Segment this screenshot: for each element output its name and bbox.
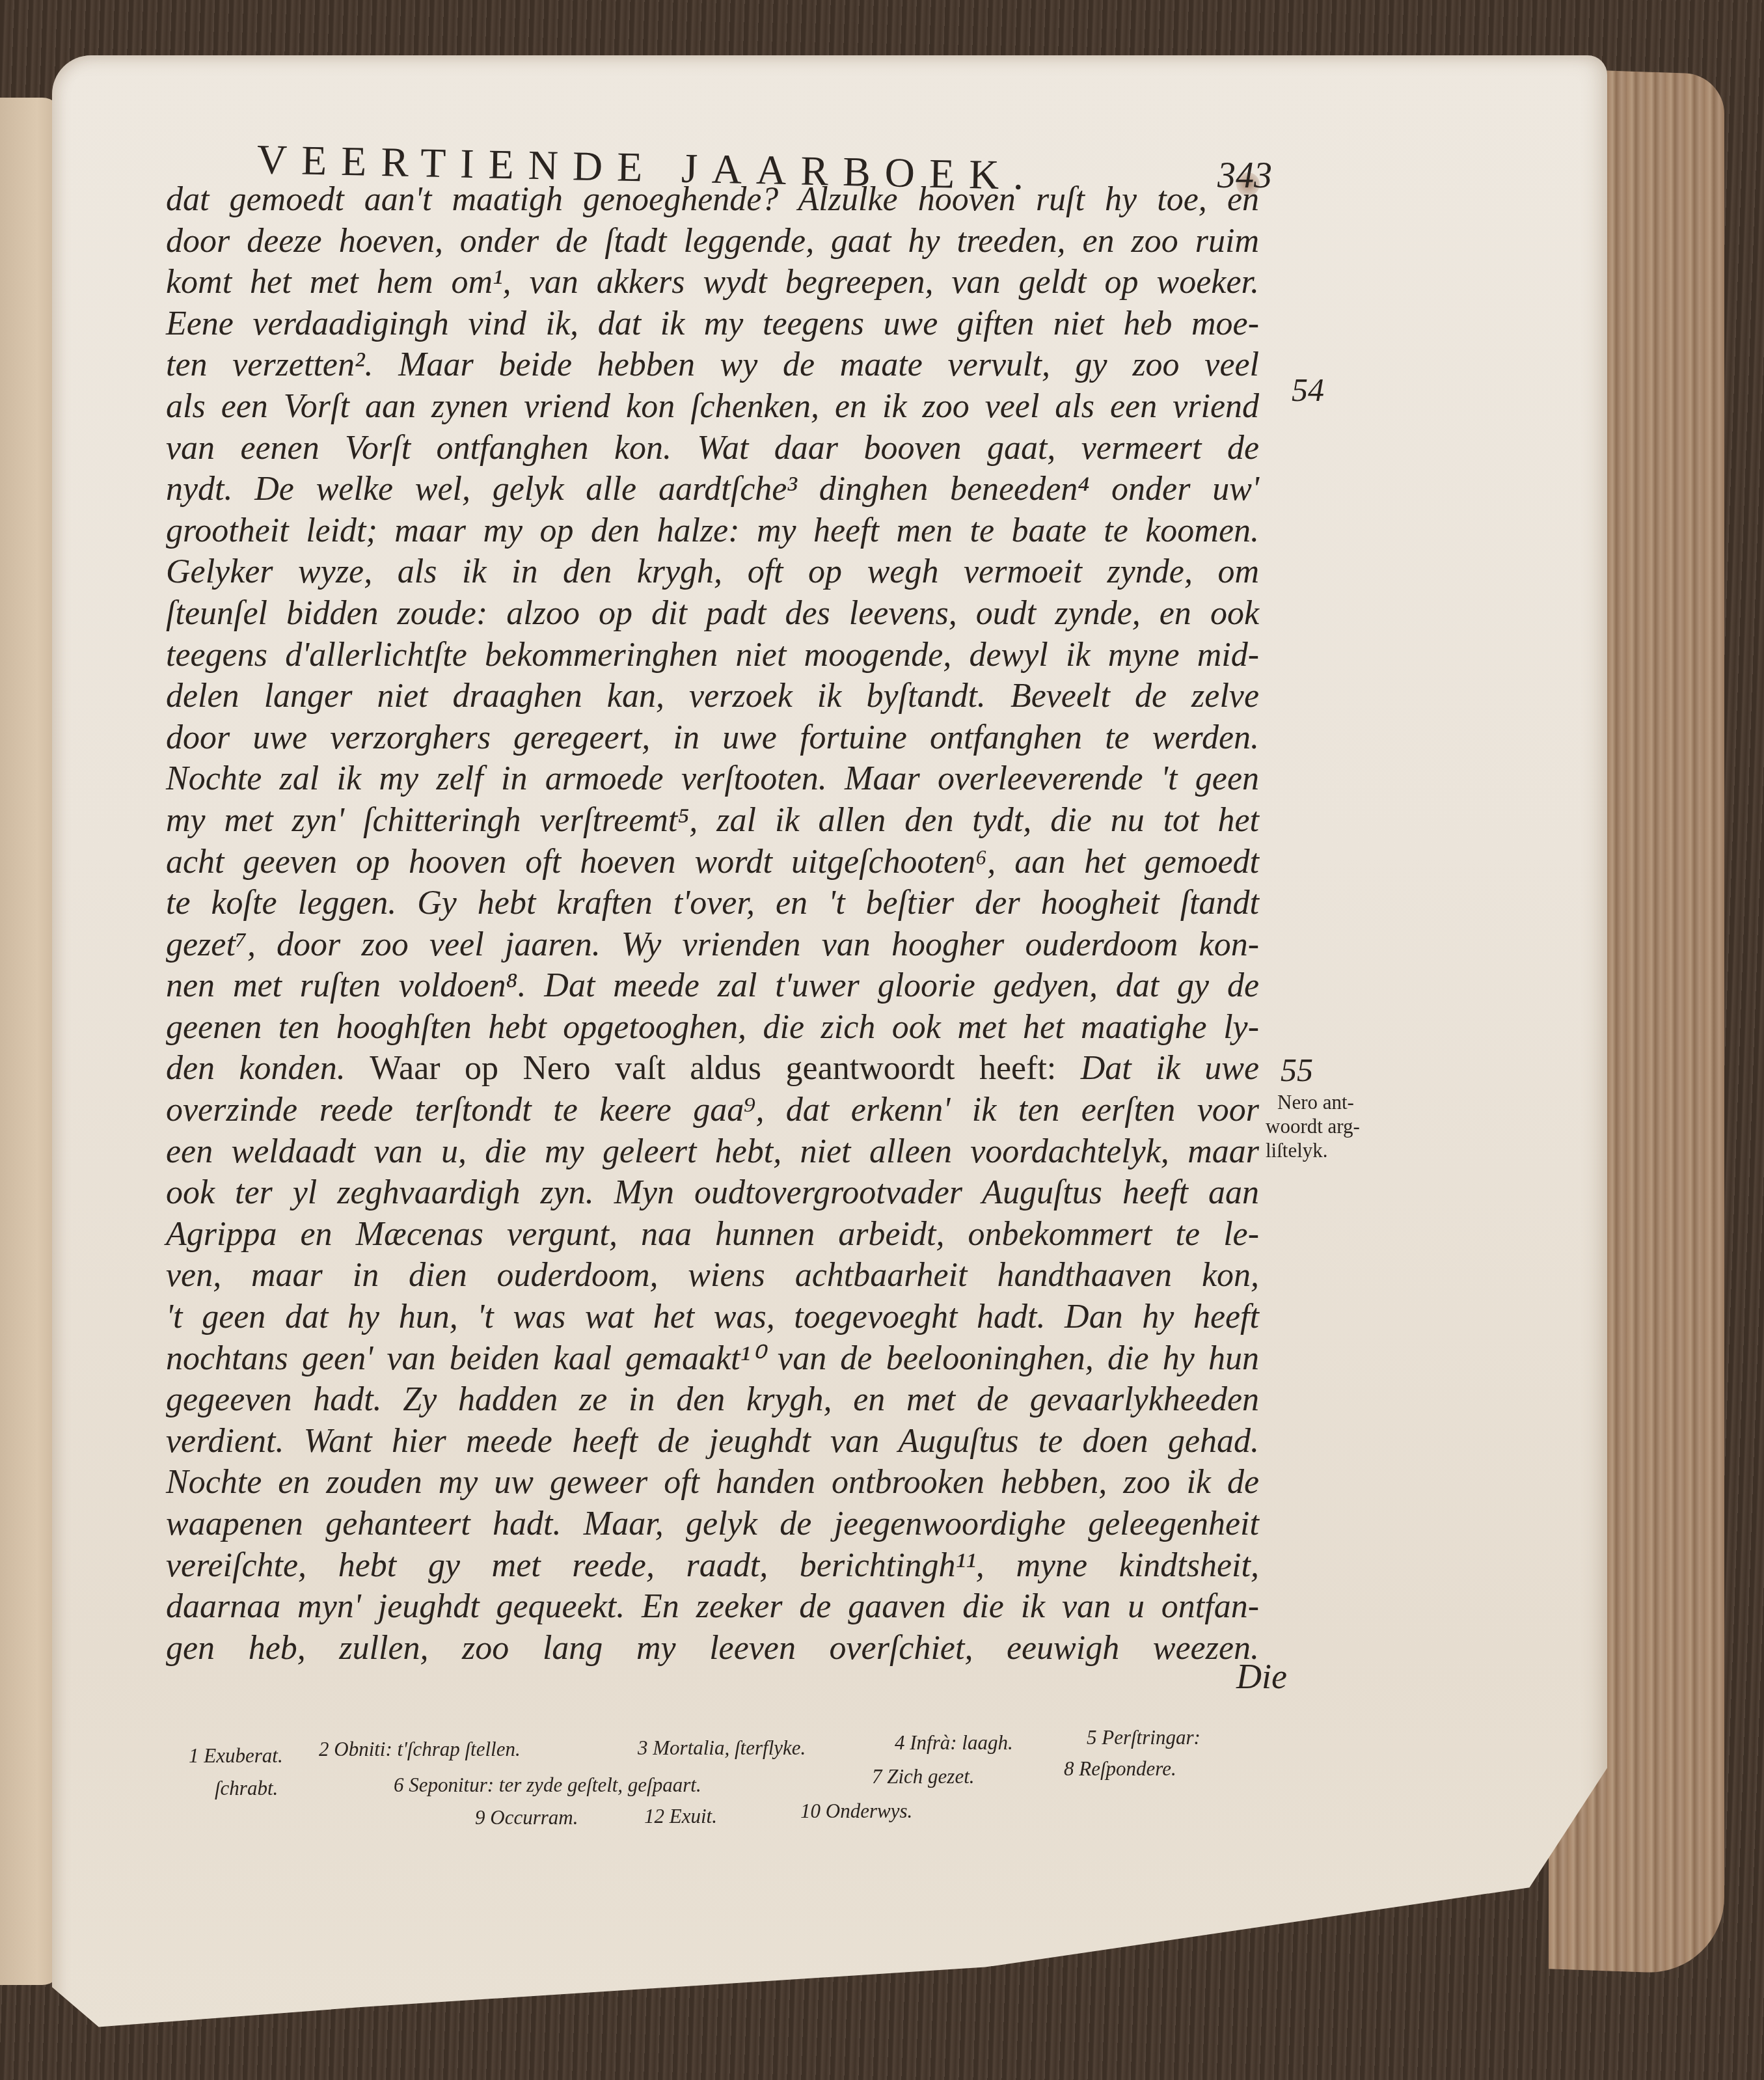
footnote: 9 Occurram. <box>475 1806 578 1829</box>
text-line: Agrippa en Mæcenas vergunt, naa hunnen a… <box>166 1214 1259 1255</box>
text-line: van eenen Vorſt ontfanghen kon. Wat daar… <box>166 428 1259 469</box>
text-line: door uwe verzorghers geregeert, in uwe f… <box>166 717 1259 759</box>
footnote: 6 Seponitur: ter zyde geſtelt, geſpaart. <box>394 1773 701 1797</box>
text-line: dat gemoedt aan't maatigh genoeghende? A… <box>166 179 1259 221</box>
margin-note: Nero ant- woordt arg- liſtelyk. <box>1266 1090 1383 1162</box>
footnote: 12 Exuit. <box>644 1805 717 1828</box>
body-text: dat gemoedt aan't maatigh genoeghende? A… <box>166 179 1272 1669</box>
footnote: 1 Exuberat. <box>189 1744 283 1768</box>
text-line: ven, maar in dien ouderdoom, wiens achtb… <box>166 1255 1259 1296</box>
footnote: 5 Perſtringar: <box>1087 1726 1201 1749</box>
text-line: te koſte leggen. Gy hebt kraften t'over,… <box>166 883 1259 924</box>
footnote: 2 Obniti: t'ſchrap ſtellen. <box>319 1738 521 1761</box>
text-line: acht geeven op hooven oft hoeven wordt u… <box>166 842 1259 883</box>
text-line: ſteunſel bidden zoude: alzoo op dit padt… <box>166 593 1259 635</box>
text-line-roman-run: den konden. Waar op Nero vaſt aldus gean… <box>166 1048 1259 1089</box>
text-line: Gelyker wyze, als ik in den krygh, oft o… <box>166 551 1259 593</box>
text-segment: Dat ik uwe <box>1056 1050 1259 1087</box>
text-line: delen langer niet draaghen kan, verzoek … <box>166 676 1259 717</box>
text-line: gegeeven hadt. Zy hadden ze in den krygh… <box>166 1379 1259 1421</box>
text-line: door deeze hoeven, onder de ſtadt leggen… <box>166 221 1259 262</box>
text-line: my met zyn' ſchitteringh verſtreemt⁵, za… <box>166 800 1259 842</box>
text-line: nochtans geen' van beiden kaal gemaakt¹⁰… <box>166 1338 1259 1380</box>
footnote: 7 Zich gezet. <box>872 1765 975 1788</box>
text-line: waapenen gehanteert hadt. Maar, gelyk de… <box>166 1503 1259 1545</box>
text-segment-roman: Waar op Nero vaſt aldus geantwoordt heef… <box>370 1050 1056 1087</box>
text-line: Nochte zal ik my zelf in armoede verſtoo… <box>166 758 1259 800</box>
text-line: komt het met hem om¹, van akkers wydt be… <box>166 262 1259 303</box>
text-line: 't geen dat hy hun, 't was wat het was, … <box>166 1296 1259 1338</box>
footnote: 4 Infrà: laagh. <box>895 1731 1013 1755</box>
footnote: ſchrabt. <box>215 1777 278 1800</box>
text-line: Nochte en zouden my uw geweer oft handen… <box>166 1462 1259 1503</box>
margin-note-line: liſtelyk. <box>1266 1138 1383 1162</box>
margin-paragraph-number: 55 <box>1281 1051 1313 1089</box>
text-line: daarnaa myn' jeughdt gequeekt. En zeeker… <box>166 1586 1259 1628</box>
margin-note-line: Nero ant- <box>1266 1090 1383 1114</box>
margin-note-line: woordt arg- <box>1266 1114 1383 1138</box>
text-line: ook ter yl zeghvaardigh zyn. Myn oudtove… <box>166 1172 1259 1214</box>
footnote: 3 Mortalia, ſterflyke. <box>638 1736 806 1760</box>
text-line: ten verzetten². Maar beide hebben wy de … <box>166 344 1259 386</box>
footnote: 10 Onderwys. <box>800 1799 912 1823</box>
text-line: overzinde reede terſtondt te keere gaa⁹,… <box>166 1089 1259 1131</box>
text-line: Eene verdaadigingh vind ik, dat ik my te… <box>166 303 1259 345</box>
margin-paragraph-number: 54 <box>1292 371 1324 409</box>
text-line: nen met ruſten voldoen⁸. Dat meede zal t… <box>166 965 1259 1007</box>
text-line: als een Vorſt aan zynen vriend kon ſchen… <box>166 386 1259 428</box>
text-segment: den konden. <box>166 1050 370 1087</box>
text-line: gen heb, zullen, zoo lang my leeven over… <box>166 1628 1259 1669</box>
text-line: vereiſchte, hebt gy met reede, raadt, be… <box>166 1545 1259 1587</box>
footnote: 8 Reſpondere. <box>1064 1757 1176 1781</box>
text-line: teegens d'allerlichtſte bekommeringhen n… <box>166 635 1259 676</box>
text-line: gezet⁷, door zoo veel jaaren. Wy vriende… <box>166 924 1259 966</box>
text-line: geenen ten hooghſten hebt opgetooghen, d… <box>166 1007 1259 1048</box>
text-line: verdient. Want hier meede heeft de jeugh… <box>166 1421 1259 1462</box>
text-line: grootheit leidt; maar my op den halze: m… <box>166 510 1259 552</box>
catchword: Die <box>1236 1656 1287 1697</box>
footnotes: 1 Exuberat. 2 Obniti: t'ſchrap ſtellen. … <box>189 1718 1243 1835</box>
text-line: een weldaadt van u, die my geleert hebt,… <box>166 1131 1259 1173</box>
text-line: nydt. De welke wel, gelyk alle aardtſche… <box>166 469 1259 510</box>
